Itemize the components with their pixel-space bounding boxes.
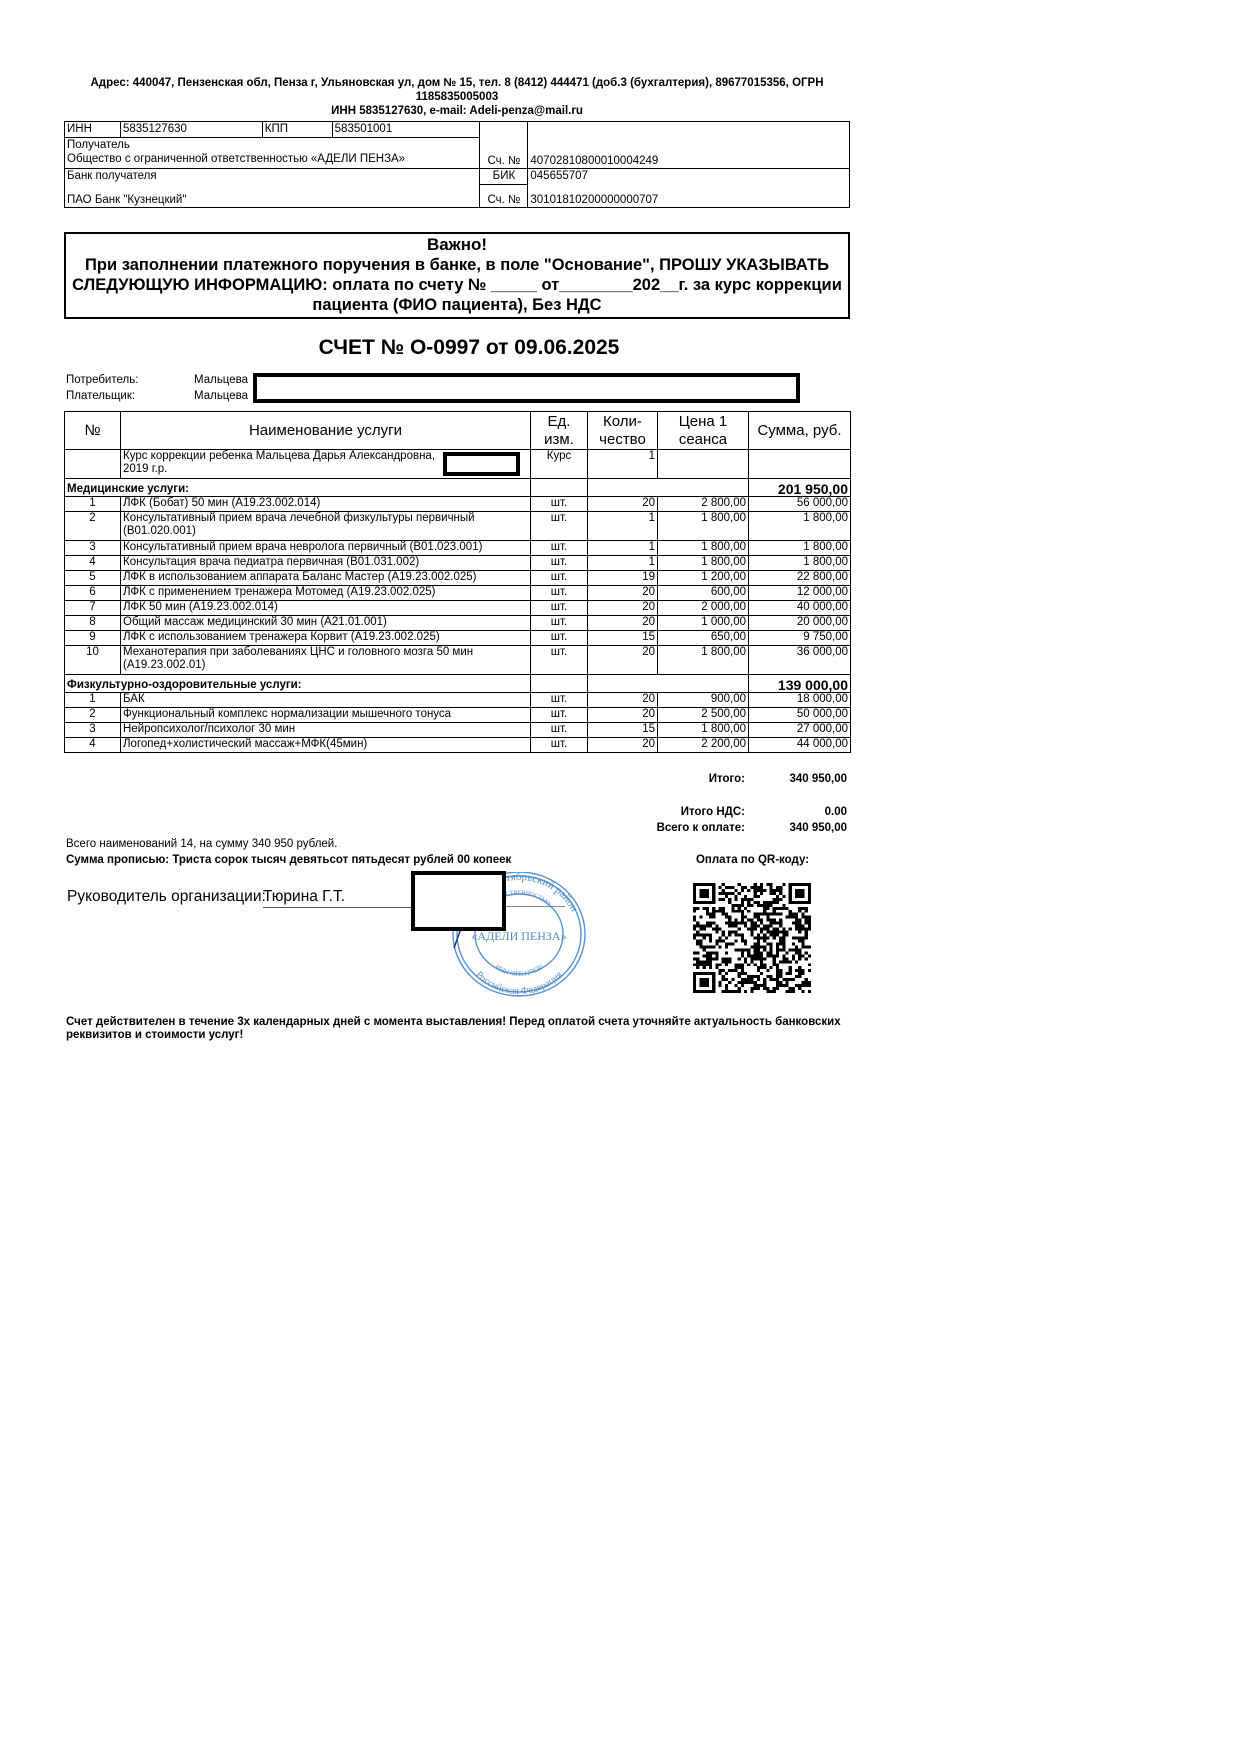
item-qty: 20 (588, 646, 658, 675)
item-price: 900,00 (658, 693, 749, 708)
important-title: Важно! (66, 235, 848, 255)
qr-label: Оплата по QR-коду: (660, 852, 845, 868)
item-price: 1 200,00 (658, 571, 749, 586)
group-title: Физкультурно-оздоровительные услуги: (65, 675, 531, 693)
item-sum: 12 000,00 (749, 586, 851, 601)
item-name: Функциональный комплекс нормализации мыш… (121, 708, 531, 723)
item-sum: 22 800,00 (749, 571, 851, 586)
item-num: 9 (65, 631, 121, 646)
item-price: 1 000,00 (658, 616, 749, 631)
recipient-label: Получатель (67, 138, 477, 152)
items-count-summary: Всего наименований 14, на сумму 340 950 … (66, 836, 337, 852)
item-name: ЛФК в использованием аппарата Баланс Мас… (121, 571, 531, 586)
item-qty: 20 (588, 586, 658, 601)
bank-name: ПАО Банк "Кузнецкий" (67, 193, 477, 207)
item-qty: 1 (588, 541, 658, 556)
group-header-row: Медицинские услуги:201 950,00 (65, 479, 851, 497)
col-sum: Сумма, руб. (749, 412, 851, 450)
item-name: Механотерапия при заболеваниях ЦНС и гол… (121, 646, 531, 675)
consumer-name: Мальцева (194, 373, 248, 387)
table-row: 6ЛФК с применением тренажера Мотомед (А1… (65, 586, 851, 601)
director-name: Тюрина Г.Т. (263, 888, 345, 905)
item-price: 2 800,00 (658, 497, 749, 512)
validity-notice: Счет действителен в течение 3х календарн… (66, 1016, 856, 1042)
table-row: 3Нейропсихолог/психолог 30 миншт.151 800… (65, 723, 851, 738)
table-row: 9ЛФК с использованием тренажера Корвит (… (65, 631, 851, 646)
inn-label: ИНН (65, 122, 121, 138)
item-num: 5 (65, 571, 121, 586)
item-sum: 9 750,00 (749, 631, 851, 646)
item-price: 1 800,00 (658, 541, 749, 556)
item-num: 6 (65, 586, 121, 601)
item-qty: 20 (588, 601, 658, 616)
total-label: Итого: (545, 771, 745, 787)
important-line-1: При заполнении платежного поручения в ба… (66, 255, 848, 275)
item-unit: шт. (531, 616, 588, 631)
payment-qr-code[interactable] (693, 883, 811, 993)
item-qty: 1 (588, 556, 658, 571)
item-name: ЛФК (Бобат) 50 мин (А19.23.002.014) (121, 497, 531, 512)
bank-requisites-table: ИНН 5835127630 КПП 583501001 Получатель … (64, 121, 850, 208)
grand-total-value: 340 950,00 (747, 820, 847, 836)
item-num: 1 (65, 693, 121, 708)
course-qty: 1 (588, 450, 658, 479)
item-unit: шт. (531, 693, 588, 708)
item-sum: 50 000,00 (749, 708, 851, 723)
grand-total-label: Всего к оплате: (545, 820, 745, 836)
col-price: Цена 1сеанса (658, 412, 749, 450)
item-price: 2 000,00 (658, 601, 749, 616)
item-unit: шт. (531, 497, 588, 512)
amount-in-words: Сумма прописью: Триста сорок тысяч девят… (66, 852, 511, 868)
item-qty: 15 (588, 631, 658, 646)
kpp-label: КПП (262, 122, 332, 138)
signature-label: Руководитель организации: (67, 888, 266, 906)
item-name: Консультация врача педиатра первичная (В… (121, 556, 531, 571)
col-num: № (65, 412, 121, 450)
invoice-title: СЧЕТ № О-0997 от 09.06.2025 (64, 336, 874, 360)
bik-label: БИК (480, 169, 528, 185)
recipient-name: Общество с ограниченной ответственностью… (67, 152, 477, 166)
item-sum: 1 800,00 (749, 541, 851, 556)
table-row: 4Консультация врача педиатра первичная (… (65, 556, 851, 571)
course-name: Курс коррекции ребенка Мальцева Дарья Ал… (121, 450, 531, 479)
item-sum: 40 000,00 (749, 601, 851, 616)
item-num: 10 (65, 646, 121, 675)
item-unit: шт. (531, 556, 588, 571)
item-name: Консультативный прием врача лечебной физ… (121, 512, 531, 541)
redaction-box (253, 373, 800, 403)
item-sum: 20 000,00 (749, 616, 851, 631)
item-num: 4 (65, 738, 121, 753)
redaction-box (411, 871, 506, 931)
item-name: Логопед+холистический массаж+МФК(45мин) (121, 738, 531, 753)
item-sum: 18 000,00 (749, 693, 851, 708)
item-num: 2 (65, 512, 121, 541)
table-row: 8Общий массаж медицинский 30 мин (А21.01… (65, 616, 851, 631)
account-label: Сч. № (480, 138, 528, 169)
important-notice: Важно! При заполнении платежного поручен… (64, 232, 850, 319)
item-price: 1 800,00 (658, 723, 749, 738)
item-name: ЛФК 50 мин (А19.23.002.014) (121, 601, 531, 616)
important-line-2: СЛЕДУЮЩУЮ ИНФОРМАЦИЮ: оплата по счету № … (66, 275, 848, 295)
address-line-3: ИНН 5835127630, e-mail: Adeli-penza@mail… (64, 104, 850, 118)
table-row: 10Механотерапия при заболеваниях ЦНС и г… (65, 646, 851, 675)
item-price: 1 800,00 (658, 646, 749, 675)
item-qty: 1 (588, 512, 658, 541)
item-qty: 20 (588, 693, 658, 708)
course-row: Курс коррекции ребенка Мальцева Дарья Ал… (65, 450, 851, 479)
item-num: 8 (65, 616, 121, 631)
bank-label: Банк получателя (67, 169, 477, 183)
item-name: Общий массаж медицинский 30 мин (А21.01.… (121, 616, 531, 631)
payer-name: Мальцева (194, 389, 248, 403)
table-row: 5ЛФК в использованием аппарата Баланс Ма… (65, 571, 851, 586)
item-price: 1 800,00 (658, 556, 749, 571)
table-row: 1ЛФК (Бобат) 50 мин (А19.23.002.014)шт.2… (65, 497, 851, 512)
item-num: 4 (65, 556, 121, 571)
redaction-box (443, 452, 520, 476)
account-value: 40702810800010004249 (528, 138, 850, 169)
item-unit: шт. (531, 738, 588, 753)
item-price: 2 500,00 (658, 708, 749, 723)
item-name: ЛФК с использованием тренажера Корвит (А… (121, 631, 531, 646)
item-num: 7 (65, 601, 121, 616)
item-sum: 1 800,00 (749, 556, 851, 571)
vat-value: 0.00 (747, 804, 847, 820)
services-table: № Наименование услуги Ед.изм. Коли-честв… (64, 411, 851, 753)
item-unit: шт. (531, 601, 588, 616)
item-name: Нейропсихолог/психолог 30 мин (121, 723, 531, 738)
item-sum: 27 000,00 (749, 723, 851, 738)
corr-account-label: Сч. № (480, 185, 528, 208)
group-total: 201 950,00 (749, 479, 851, 497)
bank-cell: Банк получателя ПАО Банк "Кузнецкий" (65, 169, 480, 208)
item-price: 2 200,00 (658, 738, 749, 753)
item-name: Консультативный прием врача невролога пе… (121, 541, 531, 556)
recipient-cell: Получатель Общество с ограниченной ответ… (65, 138, 480, 169)
course-unit: Курс (531, 450, 588, 479)
group-header-row: Физкультурно-оздоровительные услуги:139 … (65, 675, 851, 693)
table-header-row: № Наименование услуги Ед.изм. Коли-честв… (65, 412, 851, 450)
item-sum: 36 000,00 (749, 646, 851, 675)
item-qty: 20 (588, 497, 658, 512)
item-price: 650,00 (658, 631, 749, 646)
table-row: 2Консультативный прием врача лечебной фи… (65, 512, 851, 541)
item-qty: 20 (588, 738, 658, 753)
consumer-label: Потребитель: (66, 373, 138, 387)
corr-account-value: 30101810200000000707 (528, 185, 850, 208)
vat-label: Итого НДС: (545, 804, 745, 820)
bik-value: 045655707 (528, 169, 850, 185)
item-qty: 20 (588, 616, 658, 631)
item-sum: 1 800,00 (749, 512, 851, 541)
item-unit: шт. (531, 571, 588, 586)
item-sum: 56 000,00 (749, 497, 851, 512)
company-address: Адрес: 440047, Пензенская обл, Пенза г, … (64, 76, 850, 118)
item-unit: шт. (531, 646, 588, 675)
item-qty: 20 (588, 708, 658, 723)
inn-value: 5835127630 (120, 122, 262, 138)
kpp-value: 583501001 (332, 122, 480, 138)
table-row: 3Консультативный прием врача невролога п… (65, 541, 851, 556)
item-name: ЛФК с применением тренажера Мотомед (А19… (121, 586, 531, 601)
item-num: 3 (65, 723, 121, 738)
item-num: 1 (65, 497, 121, 512)
item-sum: 44 000,00 (749, 738, 851, 753)
col-qty: Коли-чество (588, 412, 658, 450)
item-unit: шт. (531, 541, 588, 556)
table-row: 2Функциональный комплекс нормализации мы… (65, 708, 851, 723)
item-unit: шт. (531, 512, 588, 541)
address-line-1: Адрес: 440047, Пензенская обл, Пенза г, … (64, 76, 850, 90)
totals-block: Итого: 340 950,00 Итого НДС: 0.00 Всего … (0, 771, 1241, 841)
group-total: 139 000,00 (749, 675, 851, 693)
important-line-3: пациента (ФИО пациента), Без НДС (66, 295, 848, 315)
qr-code-icon (693, 883, 811, 993)
payer-label: Плательщик: (66, 389, 135, 403)
col-unit: Ед.изм. (531, 412, 588, 450)
item-unit: шт. (531, 708, 588, 723)
item-unit: шт. (531, 631, 588, 646)
svg-text:ИНН 5835127630: ИНН 5835127630 (494, 963, 545, 978)
address-line-2: 1185835005003 (64, 90, 850, 104)
total-value: 340 950,00 (747, 771, 847, 787)
item-qty: 15 (588, 723, 658, 738)
item-price: 1 800,00 (658, 512, 749, 541)
group-title: Медицинские услуги: (65, 479, 531, 497)
item-name: БАК (121, 693, 531, 708)
item-price: 600,00 (658, 586, 749, 601)
col-name: Наименование услуги (121, 412, 531, 450)
item-qty: 19 (588, 571, 658, 586)
table-row: 7ЛФК 50 мин (А19.23.002.014)шт.202 000,0… (65, 601, 851, 616)
table-row: 1БАКшт.20900,0018 000,00 (65, 693, 851, 708)
item-unit: шт. (531, 586, 588, 601)
item-unit: шт. (531, 723, 588, 738)
item-num: 2 (65, 708, 121, 723)
table-row: 4Логопед+холистический массаж+МФК(45мин)… (65, 738, 851, 753)
item-num: 3 (65, 541, 121, 556)
